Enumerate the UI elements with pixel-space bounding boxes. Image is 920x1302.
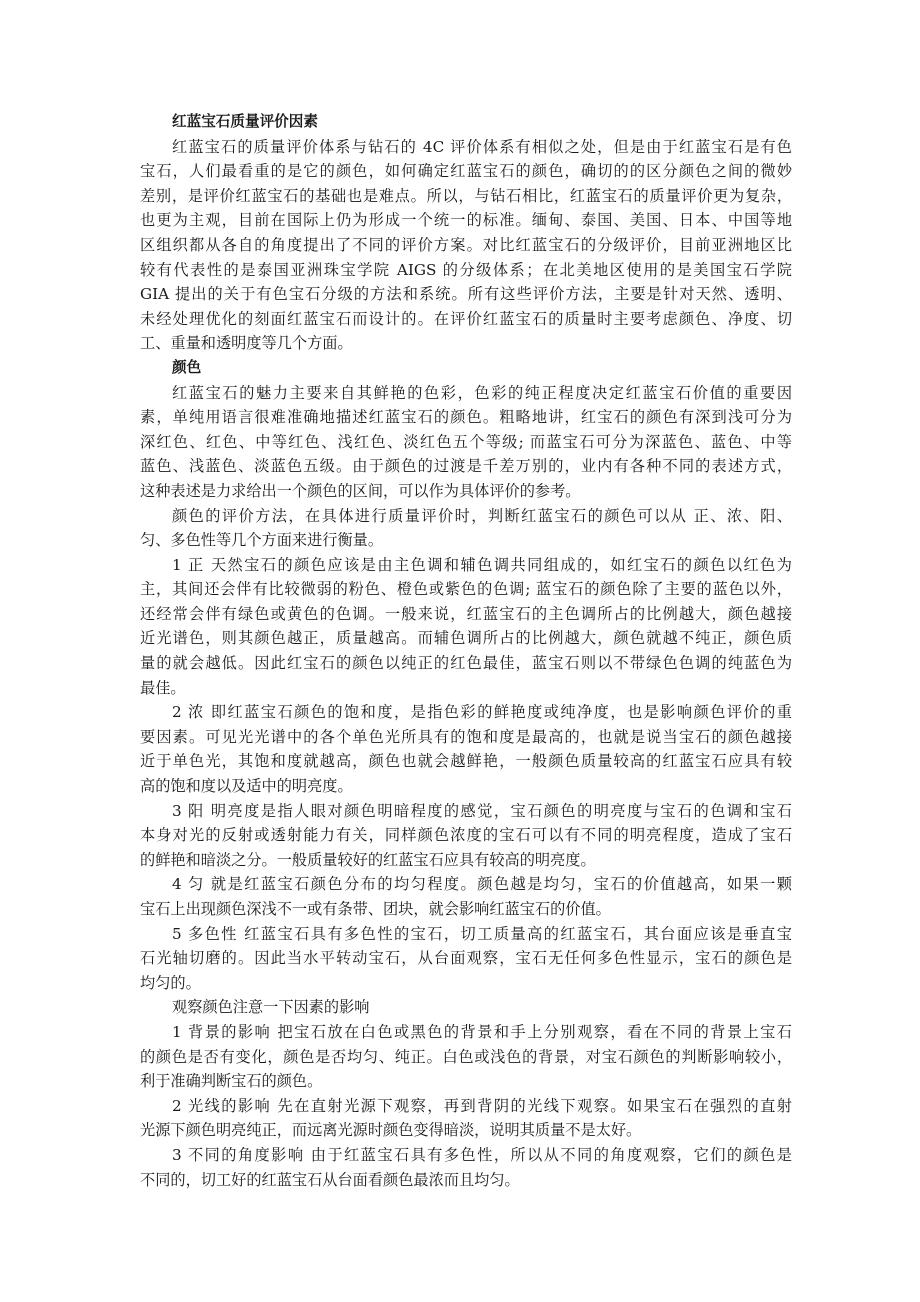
text-line: 颜色的评价方法，在具体进行质量评价时，判断红蓝宝石的颜色可以从 正、浓、阳、	[140, 504, 792, 529]
text-line: 3 阳 明亮度是指人眼对颜色明暗程度的感觉，宝石颜色的明亮度与宝石的色调和宝石	[140, 799, 792, 824]
text-line: 3 不同的角度影响 由于红蓝宝石具有多色性，所以从不同的角度观察，它们的颜色是	[140, 1143, 792, 1168]
text-line: 近光谱色，则其颜色越正，质量越高。而辅色调所占的比例越大，颜色就越不纯正，颜色质	[140, 626, 792, 651]
text-line: 红蓝宝石的魅力主要来自其鲜艳的色彩，色彩的纯正程度决定红蓝宝石价值的重要因	[140, 381, 792, 406]
text-line: 深红色、红色、中等红色、浅红色、淡红色五个等级; 而蓝宝石可分为深蓝色、蓝色、中…	[140, 430, 792, 455]
text-line: 宝石，人们最看重的是它的颜色，如何确定红蓝宝石的颜色，确切的的区分颜色之间的微妙	[140, 159, 792, 184]
section-heading: 颜色	[140, 356, 792, 381]
text-line: 5 多色性 红蓝宝石具有多色性的宝石，切工质量高的红蓝宝石，其台面应该是垂直宝	[140, 922, 792, 947]
text-line: 量的就会越低。因此红宝石的颜色以纯正的红色最佳，蓝宝石则以不带绿色色调的纯蓝色为	[140, 651, 792, 676]
text-line: 未经处理优化的刻面红蓝宝石而设计的。在评价红蓝宝石的质量时主要考虑颜色、净度、切	[140, 307, 792, 332]
text-line: 近于单色光，其饱和度就越高，颜色也就会越鲜艳，一般颜色质量较高的红蓝宝石应具有较	[140, 749, 792, 774]
text-line: 均匀的。	[140, 971, 792, 996]
text-line: 较有代表性的是泰国亚洲珠宝学院 AIGS 的分级体系；在北美地区使用的是美国宝石…	[140, 258, 792, 283]
section-heading: 红蓝宝石质量评价因素	[140, 110, 792, 135]
text-line: 观察颜色注意一下因素的影响	[140, 995, 792, 1020]
text-line: 1 正 天然宝石的颜色应该是由主色调和辅色调共同组成的，如红宝石的颜色以红色为	[140, 553, 792, 578]
text-line: 4 匀 就是红蓝宝石颜色分布的均匀程度。颜色越是均匀，宝石的价值越高，如果一颗	[140, 872, 792, 897]
text-line: 差别，是评价红蓝宝石的基础也是难点。所以，与钻石相比，红蓝宝石的质量评价更为复杂…	[140, 184, 792, 209]
text-line: 高的饱和度以及适中的明亮度。	[140, 774, 792, 799]
text-line: 宝石上出现颜色深浅不一或有条带、团块，就会影响红蓝宝石的价值。	[140, 897, 792, 922]
text-line: 2 光线的影响 先在直射光源下观察，再到背阴的光线下观察。如果宝石在强烈的直射	[140, 1094, 792, 1119]
text-line: 最佳。	[140, 676, 792, 701]
text-line: 素，单纯用语言很难准确地描述红蓝宝石的颜色。粗略地讲，红宝石的颜色有深到浅可分为	[140, 405, 792, 430]
text-line: 石光轴切磨的。因此当水平转动宝石，从台面观察，宝石无任何多色性显示，宝石的颜色是	[140, 946, 792, 971]
text-line: 还经常会伴有绿色或黄色的色调。一般来说，红蓝宝石的主色调所占的比例越大，颜色越接	[140, 602, 792, 627]
text-line: 2 浓 即红蓝宝石颜色的饱和度，是指色彩的鲜艳度或纯净度，也是影响颜色评价的重	[140, 700, 792, 725]
text-line: 1 背景的影响 把宝石放在白色或黑色的背景和手上分别观察，看在不同的背景上宝石	[140, 1020, 792, 1045]
text-line: 本身对光的反射或透射能力有关，同样颜色浓度的宝石可以有不同的明亮程度，造成了宝石	[140, 823, 792, 848]
text-line: 的颜色是否有变化，颜色是否均匀、纯正。白色或浅色的背景，对宝石颜色的判断影响较小…	[140, 1045, 792, 1070]
text-line: 光源下颜色明亮纯正，而远离光源时颜色变得暗淡，说明其质量不是太好。	[140, 1118, 792, 1143]
text-line: GIA 提出的关于有色宝石分级的方法和系统。所有这些评价方法，主要是针对天然、透…	[140, 282, 792, 307]
text-line: 红蓝宝石的质量评价体系与钻石的 4C 评价体系有相似之处，但是由于红蓝宝石是有色	[140, 135, 792, 160]
text-line: 区组织都从各自的角度提出了不同的评价方案。对比红蓝宝石的分级评价，目前亚洲地区比	[140, 233, 792, 258]
text-line: 主，其间还会伴有比较微弱的粉色、橙色或紫色的色调; 蓝宝石的颜色除了主要的蓝色以…	[140, 577, 792, 602]
text-line: 匀、多色性等几个方面来进行衡量。	[140, 528, 792, 553]
text-line: 利于准确判断宝石的颜色。	[140, 1069, 792, 1094]
text-line: 也更为主观，目前在国际上仍为形成一个统一的标准。缅甸、泰国、美国、日本、中国等地	[140, 208, 792, 233]
text-line: 蓝色、浅蓝色、淡蓝色五级。由于颜色的过渡是千差万别的，业内有各种不同的表述方式，	[140, 454, 792, 479]
text-line: 这种表述是力求给出一个颜色的区间，可以作为具体评价的参考。	[140, 479, 792, 504]
document-page: 红蓝宝石质量评价因素红蓝宝石的质量评价体系与钻石的 4C 评价体系有相似之处，但…	[140, 110, 792, 1192]
text-line: 的鲜艳和暗淡之分。一般质量较好的红蓝宝石应具有较高的明亮度。	[140, 848, 792, 873]
text-line: 不同的，切工好的红蓝宝石从台面看颜色最浓而且均匀。	[140, 1168, 792, 1193]
text-line: 要因素。可见光光谱中的各个单色光所具有的饱和度是最高的，也就是说当宝石的颜色越接	[140, 725, 792, 750]
text-line: 工、重量和透明度等几个方面。	[140, 331, 792, 356]
